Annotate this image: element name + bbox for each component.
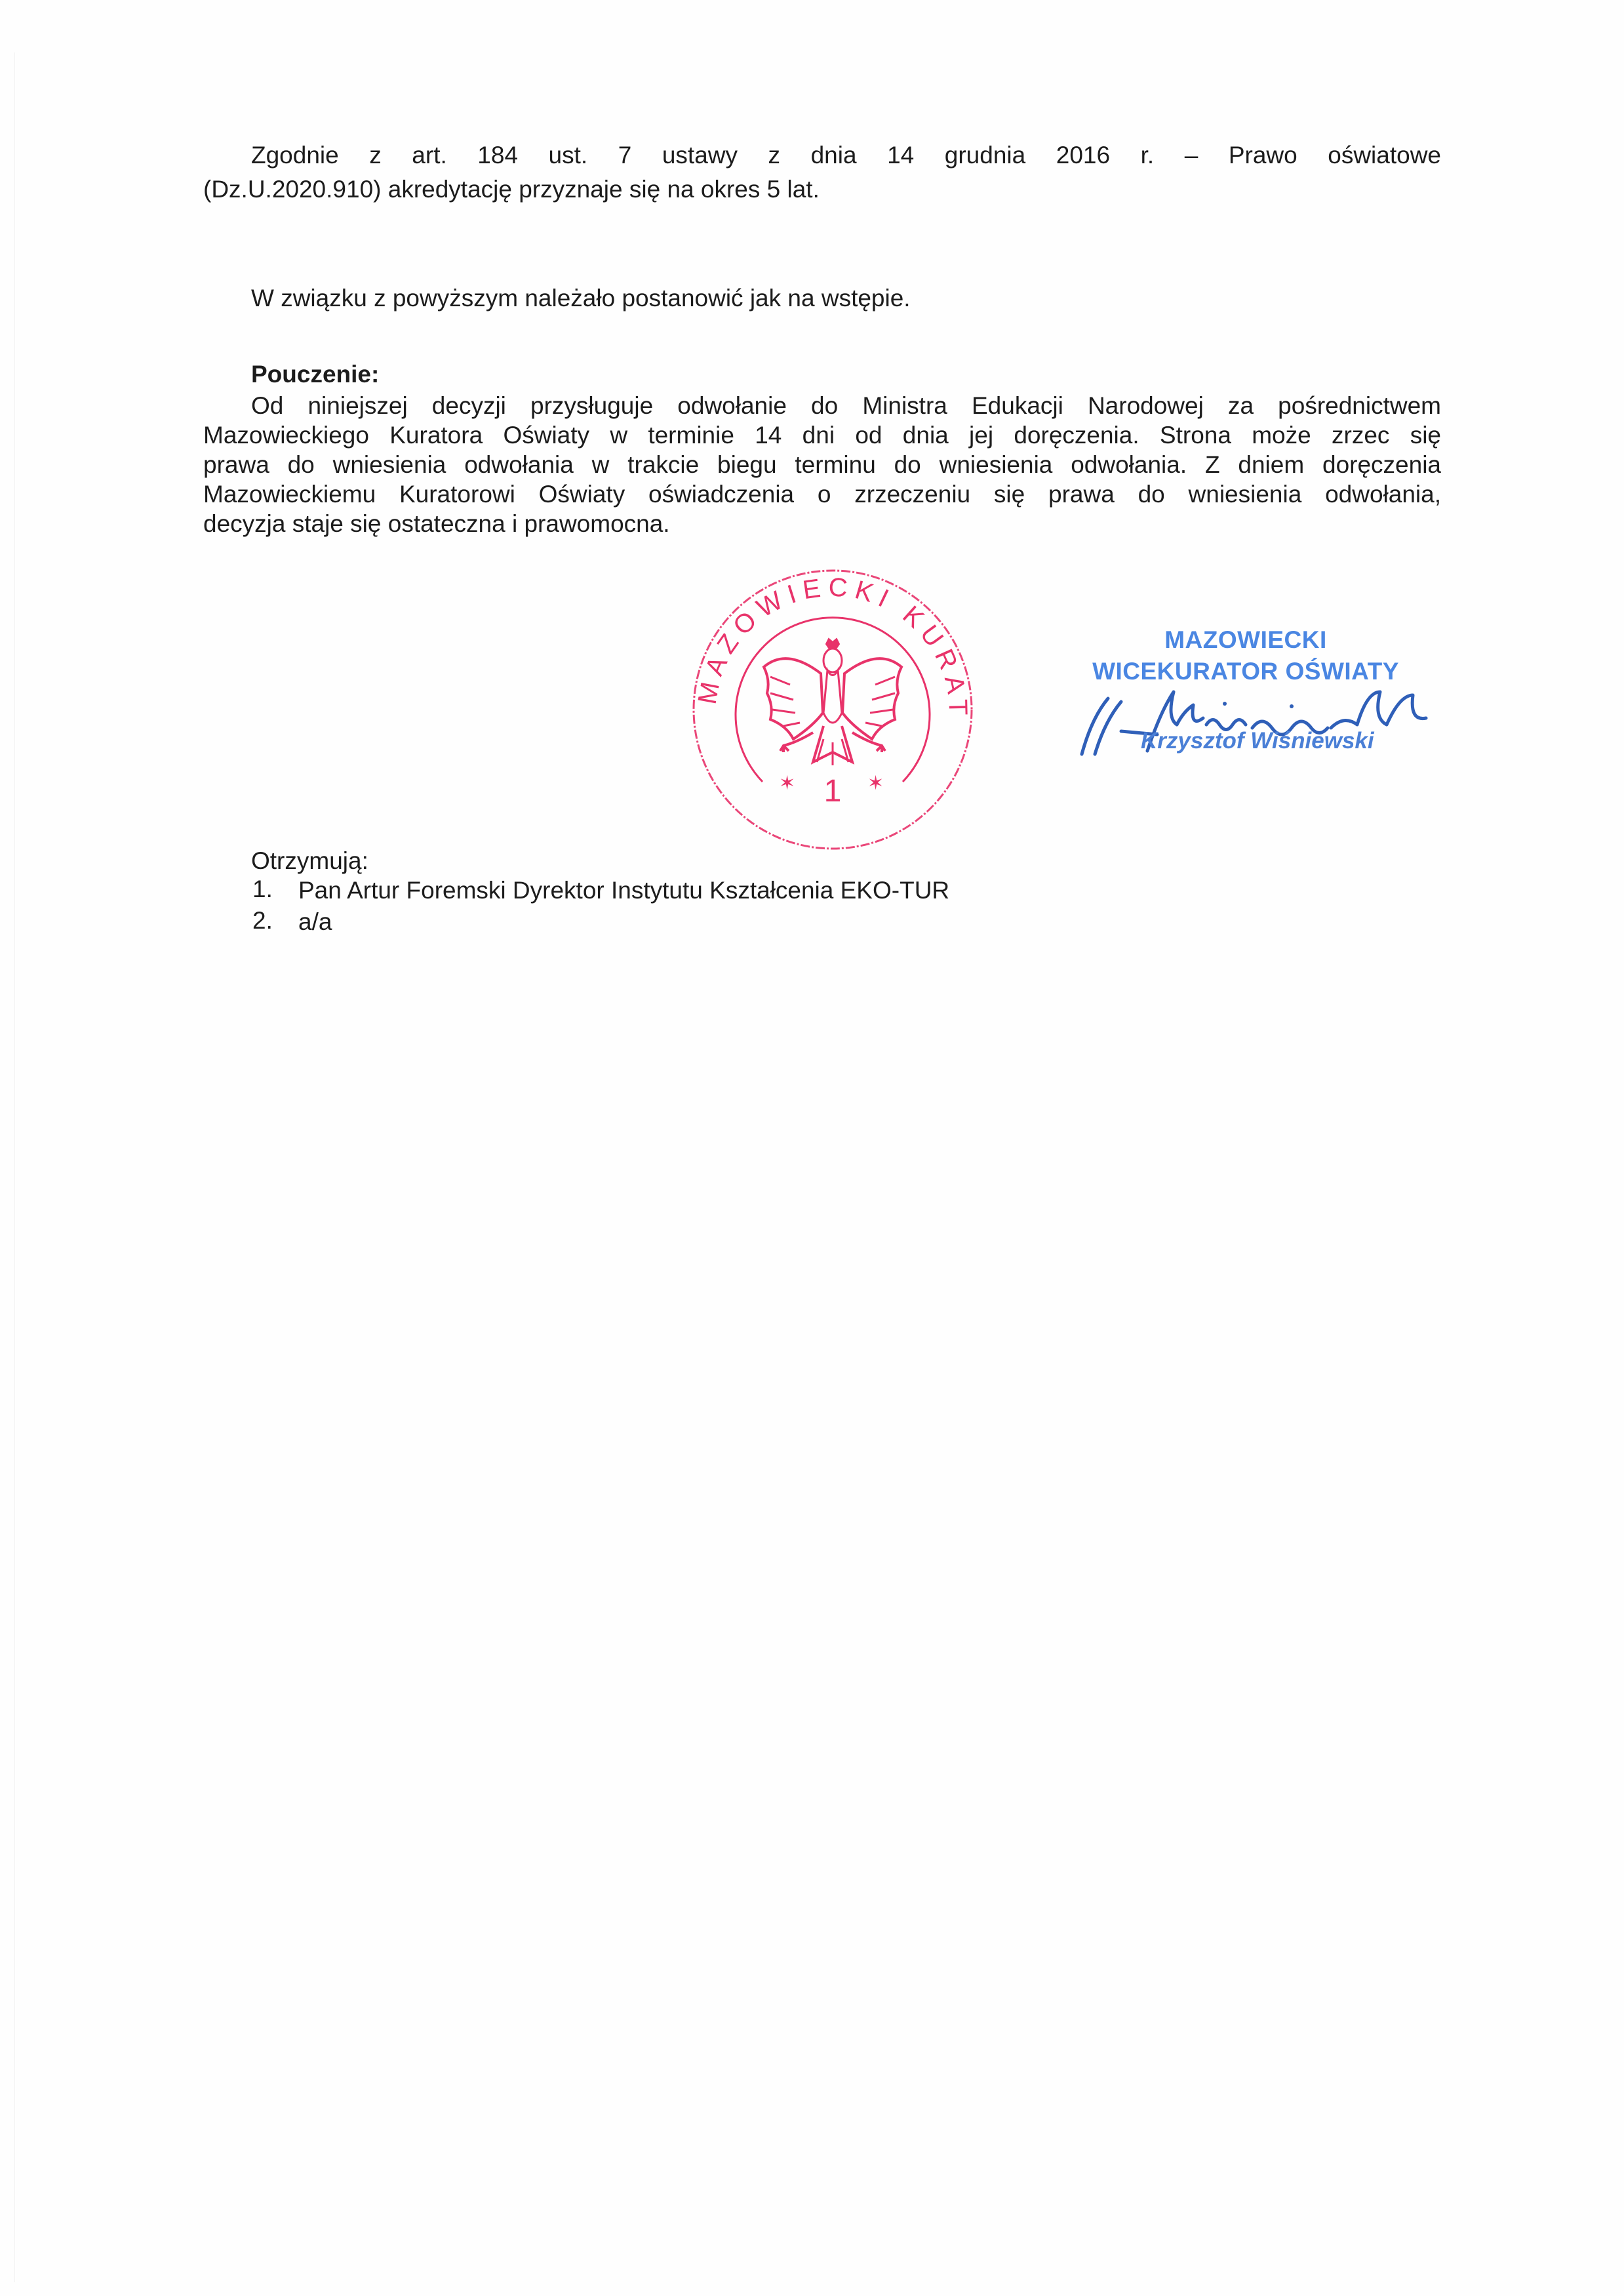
document-page: Zgodnie z art. 184 ust. 7 ustawy z dnia …: [0, 0, 1624, 2296]
scan-edge-artifact: [14, 52, 15, 2282]
stamp-number: 1: [824, 774, 842, 809]
stamp-graphic: MAZOWIECKI KURATOR OŚWIATY ✶ 1 ✶: [685, 565, 980, 854]
instruction-heading: Pouczenie:: [251, 359, 379, 389]
list-item-text: a/a: [298, 907, 332, 937]
legal-basis-line-2: (Dz.U.2020.910) akredytację przyznaje si…: [203, 174, 820, 204]
recipients-heading: Otrzymują:: [251, 846, 368, 876]
list-item-text: Pan Artur Foremski Dyrektor Instytutu Ks…: [298, 876, 949, 905]
stamp-star-left-icon: ✶: [779, 772, 795, 795]
instruction-line-5: decyzja staje się ostateczna i prawomocn…: [203, 509, 670, 538]
signature-title-line-1: MAZOWIECKI: [1042, 626, 1449, 654]
eagle-emblem-icon: [764, 639, 901, 765]
stamp-star-right-icon: ✶: [867, 772, 884, 795]
instruction-line-4: Mazowieckiemu Kuratorowi Oświaty oświadc…: [203, 479, 1441, 509]
conclusion-text: W związku z powyższym należało postanowi…: [251, 283, 911, 313]
signature-block: MAZOWIECKI WICEKURATOR OŚWIATY Krzysztof…: [1042, 626, 1449, 771]
handwritten-signature-icon: [1042, 672, 1449, 771]
legal-basis-line-1: Zgodnie z art. 184 ust. 7 ustawy z dnia …: [251, 140, 1441, 170]
official-stamp: MAZOWIECKI KURATOR OŚWIATY ✶ 1 ✶: [685, 565, 980, 854]
instruction-line-2: Mazowieckiego Kuratora Oświaty w termini…: [203, 420, 1441, 450]
signatory-name: Krzysztof Wiśniewski: [1141, 728, 1374, 754]
list-item-number: 1.: [252, 876, 273, 903]
instruction-line-3: prawa do wniesienia odwołania w trakcie …: [203, 450, 1441, 479]
instruction-line-1: Od niniejszej decyzji przysługuje odwoła…: [251, 391, 1441, 420]
list-item-number: 2.: [252, 907, 273, 935]
